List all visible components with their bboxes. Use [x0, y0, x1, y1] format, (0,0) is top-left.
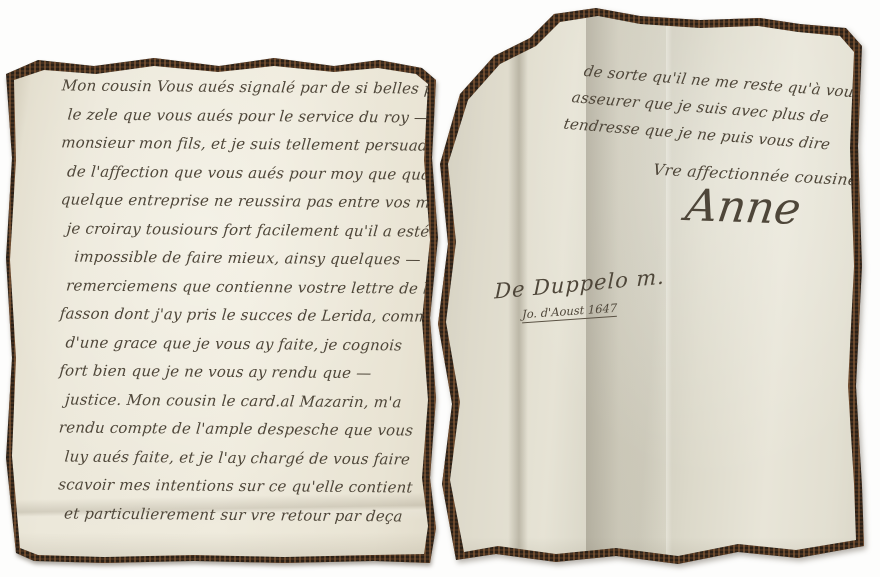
- right-page-paper: de sorte qu'il ne me reste qu'à vous ass…: [438, 6, 874, 571]
- handwritten-line: luy aués faite, et je l'ay chargé de vou…: [64, 442, 426, 474]
- handwritten-line: d'une grace que je vous ay faite, je cog…: [65, 328, 427, 360]
- handwritten-line: impossible de faire mieux, ainsy quelque…: [73, 243, 427, 275]
- handwritten-line: fort bien que je ne vous ay rendu que —: [58, 356, 426, 388]
- handwritten-line: Mon cousin Vous aués signalé par de si b…: [61, 71, 429, 103]
- left-page-text-block: Mon cousin Vous aués signalé par de si b…: [58, 71, 428, 530]
- handwritten-line: justice. Mon cousin le card.al Mazarin, …: [64, 385, 426, 417]
- handwritten-line: monsieur mon fils, et je suis tellement …: [60, 128, 428, 160]
- handwritten-line: le zele que vous aués pour le service du…: [67, 100, 429, 132]
- left-page-paper: Mon cousin Vous aués signalé par de si b…: [4, 58, 444, 568]
- handwritten-line: et particulierement sur vre retour par d…: [63, 499, 425, 531]
- signature-anne: Anne: [682, 180, 804, 235]
- handwritten-line: quelque entreprise ne reussira pas entre…: [60, 185, 428, 217]
- right-page: de sorte qu'il ne me reste qu'à vous ass…: [438, 6, 874, 571]
- handwritten-line: rendu compte de l'ample despesche que vo…: [58, 413, 426, 445]
- handwritten-line: fasson dont j'ay pris le succes de Lerid…: [59, 299, 427, 331]
- left-page: Mon cousin Vous aués signalé par de si b…: [4, 58, 444, 568]
- manuscript-photo: Mon cousin Vous aués signalé par de si b…: [0, 0, 880, 577]
- handwritten-line: remerciemens que contienne vostre lettre…: [65, 271, 427, 303]
- handwritten-line: je croiray tousiours fort facilement qu'…: [66, 214, 428, 246]
- handwritten-line: de l'affection que vous aués pour moy qu…: [66, 157, 428, 189]
- handwritten-line: scavoir mes intentions sur ce qu'elle co…: [57, 470, 425, 502]
